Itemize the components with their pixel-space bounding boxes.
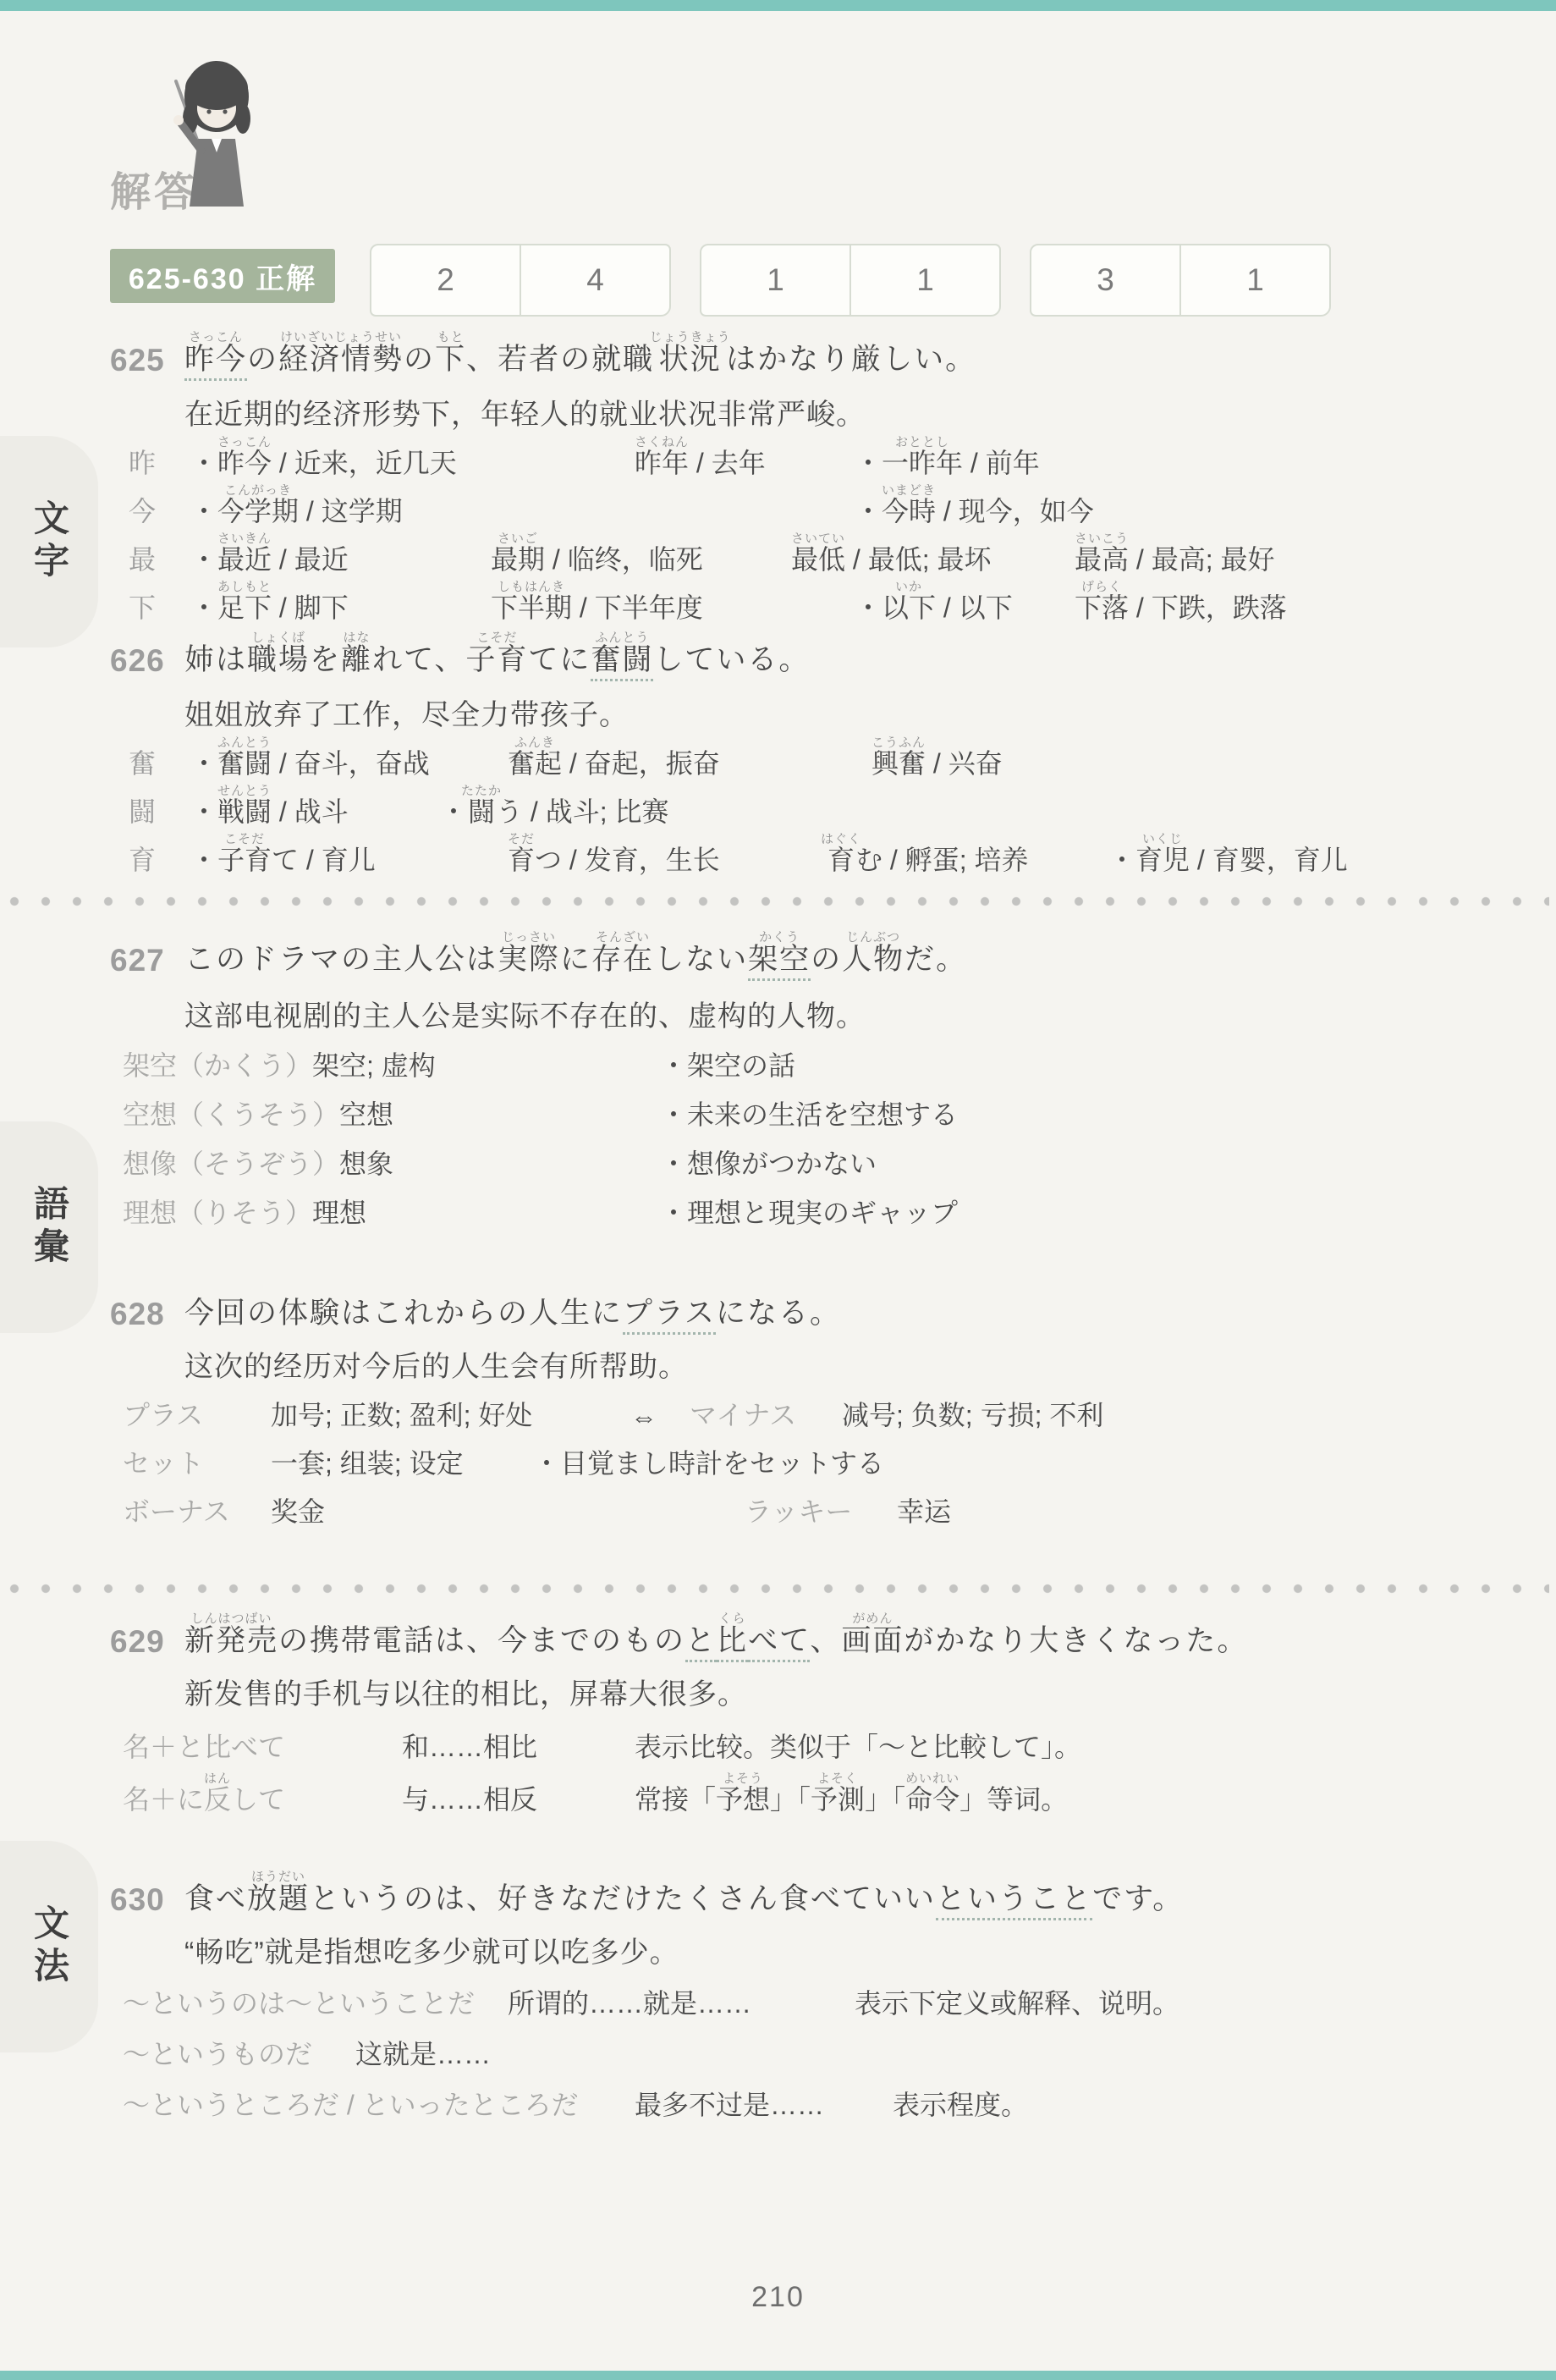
- furigana: さいきん: [217, 532, 272, 546]
- furigana: じょうきょう: [650, 330, 731, 344]
- line-part: 这次的经历对今后的人生会有所帮助。: [184, 1343, 688, 1385]
- text-segment: 减号; 负数; 亏损; 不利: [842, 1400, 1103, 1430]
- ruby-text: 反はん: [204, 1784, 231, 1815]
- line-part: ラッキー: [745, 1490, 852, 1529]
- line-part: セット: [123, 1442, 204, 1481]
- text-segment: になる。: [716, 1297, 841, 1330]
- ruby-text: 存在そんざい: [591, 943, 654, 976]
- furigana: くら: [717, 1611, 748, 1626]
- line-part: ・昨今さっこん / 近来，近几天: [190, 435, 457, 481]
- ruby-base: 昨今: [217, 448, 272, 478]
- text-segment: 与……相反: [402, 1784, 537, 1815]
- line-part: ボーナス: [123, 1490, 230, 1529]
- furigana: じんぶつ: [842, 930, 904, 945]
- line-part: 奮起ふんき / 奋起，振奋: [508, 735, 720, 781]
- question-630: 630食べ放題ほうだいというのは、好きなだけたくさん食べていいということです。“…: [110, 1854, 1515, 2126]
- ruby-text: 育はぐく: [821, 845, 855, 875]
- text-segment: 空想: [339, 1099, 393, 1130]
- furigana: かくう: [748, 930, 811, 945]
- text-line: 想像（そうぞう）想象・想像がつかない: [110, 1136, 1515, 1185]
- text-line: 627このドラマの主人公は実際じっさいに存在そんざいしない架空かくうの人物じんぶ…: [110, 914, 1515, 982]
- ruby-base: 戦闘: [217, 796, 272, 827]
- answer-range-label: 625-630 正解: [110, 249, 335, 303]
- text-line: 育・子育こそだて / 育儿育そだつ / 发育，生长育はぐくむ / 孵蛋; 培养・…: [110, 833, 1515, 881]
- teacher-girl-illustration-icon: [161, 41, 271, 225]
- ruby-base: 反: [204, 1784, 231, 1815]
- text-segment: マイナス: [690, 1400, 796, 1430]
- furigana: そんざい: [591, 930, 654, 945]
- answer-boxes: 241131: [370, 244, 1331, 317]
- text-line: 625昨今さっこんの経済情勢けいざいじょうせいの下もと、若者の就職状況じょうきょ…: [110, 317, 1515, 382]
- question-number: 630: [110, 1882, 165, 1918]
- text-segment: ボーナス: [123, 1496, 230, 1527]
- text-line: プラス加号; 正数; 盈利; 好处⇔マイナス减号; 负数; 亏损; 不利: [110, 1388, 1515, 1436]
- text-segment: ・目覚まし時計をセットする: [533, 1448, 884, 1479]
- question-number: 627: [110, 943, 165, 978]
- text-segment: しない: [654, 943, 748, 976]
- ruby-text: 育児いくじ: [1135, 845, 1190, 875]
- line-part: 興奮こうふん / 兴奋: [871, 735, 1003, 781]
- furigana: こうふん: [871, 735, 926, 750]
- text-segment: して: [231, 1784, 285, 1815]
- text-segment: の: [404, 343, 435, 376]
- text-segment: 今回の体験はこれからの人生に: [184, 1297, 623, 1330]
- text-segment: ・未来の生活を空想する: [660, 1099, 958, 1130]
- ruby-text: 実際じっさい: [498, 943, 560, 976]
- furigana: さいこう: [1075, 532, 1129, 546]
- ruby-base: 下: [435, 343, 466, 376]
- furigana: こそだ: [217, 832, 272, 846]
- ruby-base: 最近: [217, 544, 272, 575]
- ruby-text: 奮闘ふんとう: [591, 643, 653, 681]
- line-part: 这部电视剧的主人公是实际不存在的、虚构的人物。: [184, 993, 866, 1034]
- ruby-base: 命令: [905, 1784, 959, 1815]
- text-segment: セット: [123, 1448, 204, 1479]
- line-part: 最高さいこう / 最高; 最好: [1075, 532, 1274, 577]
- text-segment: / 临终，临死: [545, 544, 703, 575]
- text-segment: 」等词。: [959, 1784, 1068, 1815]
- line-part: 新发售的手机与以往的相比，屏幕大很多。: [184, 1671, 747, 1712]
- text-segment: ～というところだ / といったところだ: [123, 2090, 579, 2120]
- ruby-base: 職場: [247, 643, 310, 676]
- ruby-text: 興奮こうふん: [871, 748, 926, 779]
- line-part: 今: [129, 490, 156, 529]
- ruby-text: 離はな: [341, 643, 372, 676]
- text-segment: 育: [129, 845, 156, 875]
- ruby-base: 人物: [842, 943, 904, 976]
- line-part: 昨: [129, 442, 156, 481]
- answer-value: 1: [849, 245, 999, 315]
- question-number: 625: [110, 343, 165, 378]
- line-part: ・育児いくじ / 育婴，育儿: [1108, 832, 1348, 878]
- text-line: 最・最近さいきん / 最近最期さいご / 临终，临死最低さいてい / 最低; 最…: [110, 532, 1515, 581]
- text-segment: 想象: [339, 1149, 393, 1179]
- text-segment: 在近期的经济形势下，年轻人的就业状况非常严峻。: [184, 399, 866, 431]
- furigana: こんがっき: [217, 483, 299, 498]
- text-line: 奮・奮闘ふんとう / 奋斗，奋战奮起ふんき / 奋起，振奋興奮こうふん / 兴奋: [110, 736, 1515, 785]
- ruby-base: 奮起: [508, 748, 562, 779]
- line-part: 育: [129, 839, 156, 878]
- text-segment: 和……相比: [402, 1732, 537, 1762]
- furigana: はん: [204, 1771, 231, 1786]
- furigana: よそう: [716, 1771, 770, 1786]
- line-part: プラス: [123, 1394, 203, 1433]
- ruby-base: 放題: [247, 1882, 310, 1915]
- answer-box-pair: 11: [700, 244, 1001, 317]
- line-part: 最期さいご / 临终，临死: [491, 532, 703, 577]
- line-part: ～というものだ: [123, 2033, 312, 2072]
- text-line: 昨・昨今さっこん / 近来，近几天昨年さくねん / 去年・一昨年おととし / 前…: [110, 436, 1515, 484]
- text-line: 新发售的手机与以往的相比，屏幕大很多。: [110, 1663, 1515, 1716]
- text-segment: 奖金: [271, 1496, 325, 1527]
- text-segment: 」「: [865, 1784, 905, 1815]
- furigana: こそだ: [465, 631, 528, 645]
- line-part: 昨年さくねん / 去年: [635, 435, 766, 481]
- text-segment: を: [310, 643, 341, 676]
- answer-value: 4: [520, 245, 669, 315]
- ruby-base: 育児: [1135, 845, 1190, 875]
- underlined-term: プラス: [623, 1297, 716, 1335]
- furigana: さいご: [491, 532, 545, 546]
- ruby-text: 放題ほうだい: [247, 1882, 310, 1915]
- text-segment: 姐姐放弃了工作，尽全力带孩子。: [184, 699, 629, 731]
- text-segment: だ。: [904, 943, 967, 976]
- ruby-base: 存在: [591, 943, 654, 976]
- text-segment: ・: [190, 448, 217, 478]
- line-part: 名＋に反はんして: [123, 1771, 285, 1817]
- ruby-base: 昨今: [184, 343, 247, 376]
- line-part: 昨今さっこんの経済情勢けいざいじょうせいの下もと、若者の就職状況じょうきょうはか…: [184, 330, 976, 378]
- text-segment: ・: [190, 544, 217, 575]
- ruby-base: 比: [717, 1624, 748, 1657]
- furigana: もと: [435, 330, 466, 344]
- text-segment: / 最高; 最好: [1129, 544, 1274, 575]
- line-part: 表示程度。: [893, 2084, 1028, 2123]
- ruby-text: 職場しょくば: [247, 643, 310, 676]
- ruby-base: 最低: [791, 544, 845, 575]
- ruby-text: 新発売しんはつばい: [184, 1624, 278, 1657]
- text-segment: の: [811, 943, 842, 976]
- line-part: 奖金: [271, 1490, 325, 1529]
- text-line: ボーナス奖金ラッキー幸运: [110, 1485, 1515, 1533]
- ruby-base: 育: [508, 845, 535, 875]
- line-part: 最: [129, 538, 156, 577]
- ruby-base: 架空: [748, 943, 811, 976]
- text-segment: ・架空の話: [660, 1050, 795, 1081]
- ruby-base: 経済情勢: [278, 343, 404, 376]
- ruby-text: 命令めいれい: [905, 1784, 959, 1815]
- text-segment: 表示下定义或解释、说明。: [855, 1988, 1179, 2019]
- ruby-base: 状況: [650, 343, 731, 376]
- furigana: いか: [882, 580, 936, 594]
- ruby-base: 離: [341, 643, 372, 676]
- text-segment: ・: [855, 496, 882, 526]
- ruby-text: 奮闘ふんとう: [217, 748, 272, 779]
- ruby-text: 闘たたか: [467, 796, 496, 827]
- text-segment: / 近来，近几天: [272, 448, 457, 478]
- text-segment: ～というものだ: [123, 2039, 312, 2069]
- question-number: 629: [110, 1624, 165, 1660]
- ruby-base: 奮闘: [217, 748, 272, 779]
- text-segment: の携帯電話は、今までのもの: [278, 1624, 685, 1657]
- line-part: 这就是……: [355, 2033, 491, 2072]
- ruby-text: 架空かくう: [748, 943, 811, 981]
- line-part: 幸运: [897, 1490, 951, 1529]
- ruby-text: 予測よそく: [811, 1784, 865, 1815]
- question-629: 629新発売しんはつばいの携帯電話は、今までのものと比くらべて、画面がめんがかな…: [110, 1595, 1515, 1821]
- furigana: しんはつばい: [184, 1611, 278, 1626]
- text-segment: 加号; 正数; 盈利; 好处: [271, 1400, 532, 1430]
- question-628: 628今回の体験はこれからの人生にプラスになる。这次的经历对今后的人生会有所帮助…: [110, 1270, 1515, 1533]
- text-segment: 名＋と比べて: [123, 1732, 285, 1762]
- text-line: 630食べ放題ほうだいというのは、好きなだけたくさん食べていいということです。: [110, 1854, 1515, 1921]
- question-number: 626: [110, 643, 165, 679]
- line-part: 新発売しんはつばいの携帯電話は、今までのものと比くらべて、画面がめんがかなり大き…: [184, 1611, 1248, 1660]
- text-segment: というのは、好きなだけたくさん食べていい: [310, 1882, 936, 1915]
- bottom-accent-bar: [0, 2371, 1556, 2380]
- furigana: さっこん: [217, 435, 272, 449]
- question-number: 628: [110, 1297, 165, 1332]
- text-segment: 最: [129, 544, 156, 575]
- text-line: 架空（かくう）架空; 虚构・架空の話: [110, 1038, 1515, 1087]
- furigana: じっさい: [498, 930, 560, 945]
- line-part: 理想（りそう）理想: [123, 1192, 366, 1231]
- top-accent-bar: [0, 0, 1556, 11]
- furigana: ふんとう: [217, 735, 272, 750]
- line-part: 空想（くうそう）空想: [123, 1094, 393, 1132]
- text-line: 空想（くうそう）空想・未来の生活を空想する: [110, 1087, 1515, 1136]
- text-segment: / 这学期: [299, 496, 403, 526]
- question-626: 626姉は職場しょくばを離はなれて、子育こそだてに奮闘ふんとうしている。姐姐放弃…: [110, 618, 1515, 881]
- ruby-text: 奮起ふんき: [508, 748, 562, 779]
- text-segment: 空想（くうそう）: [123, 1099, 339, 1130]
- ruby-base: 予測: [811, 1784, 865, 1815]
- underlined-term: ということ: [936, 1882, 1092, 1920]
- text-segment: の: [247, 343, 278, 376]
- furigana: さくねん: [635, 435, 689, 449]
- furigana: はぐく: [821, 832, 861, 846]
- text-segment: 表示程度。: [893, 2090, 1028, 2120]
- text-segment: れて、: [372, 643, 465, 676]
- line-part: ・一昨年おととし / 前年: [855, 435, 1040, 481]
- text-segment: がかなり大きくなった。: [904, 1624, 1248, 1657]
- text-segment: 这部电视剧的主人公是实际不存在的、虚构的人物。: [184, 1000, 866, 1033]
- answer-value: 3: [1031, 245, 1179, 315]
- ruby-base: 予想: [716, 1784, 770, 1815]
- furigana: がめん: [841, 1611, 904, 1626]
- furigana: ふんき: [508, 735, 562, 750]
- text-segment: 今: [129, 496, 156, 526]
- text-segment: 这次的经历对今后的人生会有所帮助。: [184, 1351, 688, 1383]
- text-segment: てに: [528, 643, 591, 676]
- line-part: ・想像がつかない: [660, 1143, 877, 1182]
- text-segment: / 奋起，振奋: [562, 748, 720, 779]
- ruby-base: 昨年: [635, 448, 689, 478]
- line-part: 加号; 正数; 盈利; 好处: [271, 1394, 532, 1433]
- line-part: 架空（かくう）架空; 虚构: [123, 1044, 436, 1083]
- furigana: しもはんき: [491, 580, 572, 594]
- line-part: ⇔: [630, 1402, 657, 1433]
- text-segment: ・想像がつかない: [660, 1149, 877, 1179]
- ruby-text: 経済情勢けいざいじょうせい: [278, 343, 404, 376]
- line-part: ・戦闘せんとう / 战斗: [190, 784, 349, 829]
- ruby-text: 比くら: [717, 1624, 748, 1662]
- text-segment: ・理想と現実のギャップ: [660, 1198, 958, 1228]
- answer-value: 1: [701, 245, 849, 315]
- ruby-base: 実際: [498, 943, 560, 976]
- text-line: 626姉は職場しょくばを離はなれて、子育こそだてに奮闘ふんとうしている。: [110, 618, 1515, 682]
- line-part: ・今時いまどき / 现今，如今: [855, 483, 1094, 529]
- ruby-text: 昨今さっこん: [217, 448, 272, 478]
- text-line: 629新発売しんはつばいの携帯電話は、今までのものと比くらべて、画面がめんがかな…: [110, 1595, 1515, 1663]
- text-segment: ・: [1108, 845, 1135, 875]
- text-segment: / 育婴，育儿: [1190, 845, 1348, 875]
- text-segment: ・: [855, 448, 882, 478]
- text-segment: 所谓的……就是……: [508, 1988, 751, 2019]
- text-segment: 架空（かくう）: [123, 1050, 312, 1081]
- text-line: ～というのは～ということだ所谓的……就是……表示下定义或解释、说明。: [110, 1974, 1515, 2025]
- ruby-text: 育そだ: [508, 845, 535, 875]
- line-part: マイナス: [690, 1394, 796, 1433]
- ruby-text: 一昨年おととし: [882, 448, 963, 478]
- text-segment: 奮: [129, 748, 156, 779]
- line-part: このドラマの主人公は実際じっさいに存在そんざいしない架空かくうの人物じんぶつだ。: [184, 930, 967, 978]
- text-segment: です。: [1092, 1882, 1184, 1915]
- furigana: はな: [341, 631, 372, 645]
- furigana: そだ: [508, 832, 535, 846]
- line-part: ・奮闘ふんとう / 奋斗，奋战: [190, 735, 430, 781]
- line-part: 最低さいてい / 最低; 最坏: [791, 532, 991, 577]
- ruby-base: 今時: [882, 496, 936, 526]
- text-segment: ・: [190, 796, 217, 827]
- line-part: 和……相比: [402, 1726, 537, 1765]
- text-segment: 食べ: [184, 1882, 247, 1915]
- ruby-text: 最近さいきん: [217, 544, 272, 575]
- text-segment: プラス: [123, 1400, 203, 1430]
- text-segment: / 战斗: [272, 796, 349, 827]
- text-segment: 、若者の就職: [466, 343, 654, 376]
- ruby-text: 人物じんぶつ: [842, 943, 904, 976]
- text-segment: 想像（そうぞう）: [123, 1149, 339, 1179]
- furigana: せんとう: [217, 784, 272, 798]
- furigana: さいてい: [791, 532, 845, 546]
- text-segment: 、: [810, 1624, 841, 1657]
- line-part: 一套; 组装; 设定: [271, 1442, 464, 1481]
- line-part: 姉は職場しょくばを離はなれて、子育こそだてに奮闘ふんとうしている。: [184, 631, 810, 679]
- dotted-separator: [7, 894, 1549, 909]
- text-segment: ラッキー: [745, 1496, 852, 1527]
- ruby-base: 画面: [841, 1624, 904, 1657]
- line-part: 与……相反: [402, 1778, 537, 1817]
- underlined-term: べて: [748, 1624, 810, 1662]
- ruby-text: 子育こそだ: [217, 845, 272, 875]
- line-part: 表示下定义或解释、说明。: [855, 1982, 1179, 2021]
- text-segment: 新发售的手机与以往的相比，屏幕大很多。: [184, 1678, 747, 1711]
- sidebar-tab-characters: 文字: [0, 436, 98, 647]
- text-line: “畅吃”就是指想吃多少就可以吃多少。: [110, 1921, 1515, 1974]
- line-part: 名＋と比べて: [123, 1726, 285, 1765]
- ruby-base: 子育: [217, 845, 272, 875]
- text-segment: 理想: [312, 1198, 366, 1228]
- text-line: 名＋と比べて和……相比表示比较。类似于「～と比較して」。: [110, 1716, 1515, 1768]
- ruby-text: 最期さいご: [491, 544, 545, 575]
- ruby-text: 今学期こんがっき: [217, 496, 299, 526]
- line-part: 减号; 负数; 亏损; 不利: [842, 1394, 1103, 1433]
- text-line: 名＋に反はんして与……相反常接「予想よそう」「予測よそく」「命令めいれい」等词。: [110, 1768, 1515, 1821]
- ruby-text: 最高さいこう: [1075, 544, 1129, 575]
- furigana: しょくば: [247, 631, 310, 645]
- text-line: 这次的经历对今后的人生会有所帮助。: [110, 1336, 1515, 1388]
- line-part: 育はぐくむ / 孵蛋; 培养: [821, 832, 1028, 878]
- text-segment: 昨: [129, 448, 156, 478]
- text-segment: 表示比较。类似于「～と比較して」。: [635, 1732, 1081, 1762]
- question-625: 625昨今さっこんの経済情勢けいざいじょうせいの下もと、若者の就職状況じょうきょ…: [110, 317, 1515, 629]
- ruby-base: 最高: [1075, 544, 1129, 575]
- ruby-base: 今学期: [217, 496, 299, 526]
- text-segment: 」「: [770, 1784, 811, 1815]
- sidebar-tab-grammar: 文法: [0, 1841, 98, 2052]
- line-part: “畅吃”就是指想吃多少就可以吃多少。: [184, 1929, 679, 1970]
- ruby-base: 最期: [491, 544, 545, 575]
- text-segment: このドラマの主人公は: [184, 943, 498, 976]
- ruby-text: 戦闘せんとう: [217, 796, 272, 827]
- text-segment: “畅吃”就是指想吃多少就可以吃多少。: [184, 1937, 679, 1969]
- line-part: 今回の体験はこれからの人生にプラスになる。: [184, 1290, 841, 1332]
- text-segment: む / 孵蛋; 培养: [855, 845, 1028, 875]
- ruby-text: 予想よそう: [716, 1784, 770, 1815]
- text-line: 姐姐放弃了工作，尽全力带孩子。: [110, 682, 1515, 736]
- sidebar-tab-vocabulary: 語彙: [0, 1121, 98, 1333]
- line-part: ・闘たたかう / 战斗; 比赛: [440, 784, 669, 829]
- ruby-text: 子育こそだ: [465, 643, 528, 676]
- ruby-text: 昨年さくねん: [635, 448, 689, 478]
- text-line: 628今回の体験はこれからの人生にプラスになる。: [110, 1270, 1515, 1336]
- line-part: 奮: [129, 742, 156, 781]
- line-part: ・理想と現実のギャップ: [660, 1192, 958, 1231]
- furigana: よそく: [811, 1771, 865, 1786]
- text-segment: ～というのは～ということだ: [123, 1988, 475, 2019]
- line-part: 在近期的经济形势下，年轻人的就业状况非常严峻。: [184, 391, 866, 432]
- text-line: 今・今学期こんがっき / 这学期・今時いまどき / 现今，如今: [110, 484, 1515, 532]
- text-segment: 名＋に: [123, 1784, 204, 1815]
- ruby-base: 一昨年: [882, 448, 963, 478]
- text-segment: ・: [190, 496, 217, 526]
- text-segment: はかなり厳しい。: [726, 343, 976, 376]
- text-segment: / 兴奋: [926, 748, 1003, 779]
- line-part: 最多不过是……: [635, 2084, 824, 2123]
- text-segment: 闘: [129, 796, 156, 827]
- text-segment: / 去年: [689, 448, 766, 478]
- furigana: あしもと: [217, 580, 272, 594]
- answer-value: 2: [371, 245, 520, 315]
- text-line: 这部电视剧的主人公是实际不存在的、虚构的人物。: [110, 982, 1515, 1038]
- answer-box-pair: 31: [1030, 244, 1331, 317]
- answer-box-pair: 24: [370, 244, 671, 317]
- ruby-base: 子育: [465, 643, 528, 676]
- text-segment: 姉は: [184, 643, 247, 676]
- text-segment: 幸运: [897, 1496, 951, 1527]
- ruby-base: 新発売: [184, 1624, 278, 1657]
- ruby-text: 下もと: [435, 343, 466, 376]
- ruby-base: 奮闘: [591, 643, 653, 676]
- text-segment: 常接「: [635, 1784, 716, 1815]
- furigana: いまどき: [882, 483, 936, 498]
- text-segment: 最多不过是……: [635, 2090, 824, 2120]
- ruby-text: 状況じょうきょう: [654, 343, 726, 376]
- line-part: 闘: [129, 791, 156, 829]
- line-part: ・子育こそだて / 育儿: [190, 832, 376, 878]
- underlined-term: と: [685, 1624, 717, 1662]
